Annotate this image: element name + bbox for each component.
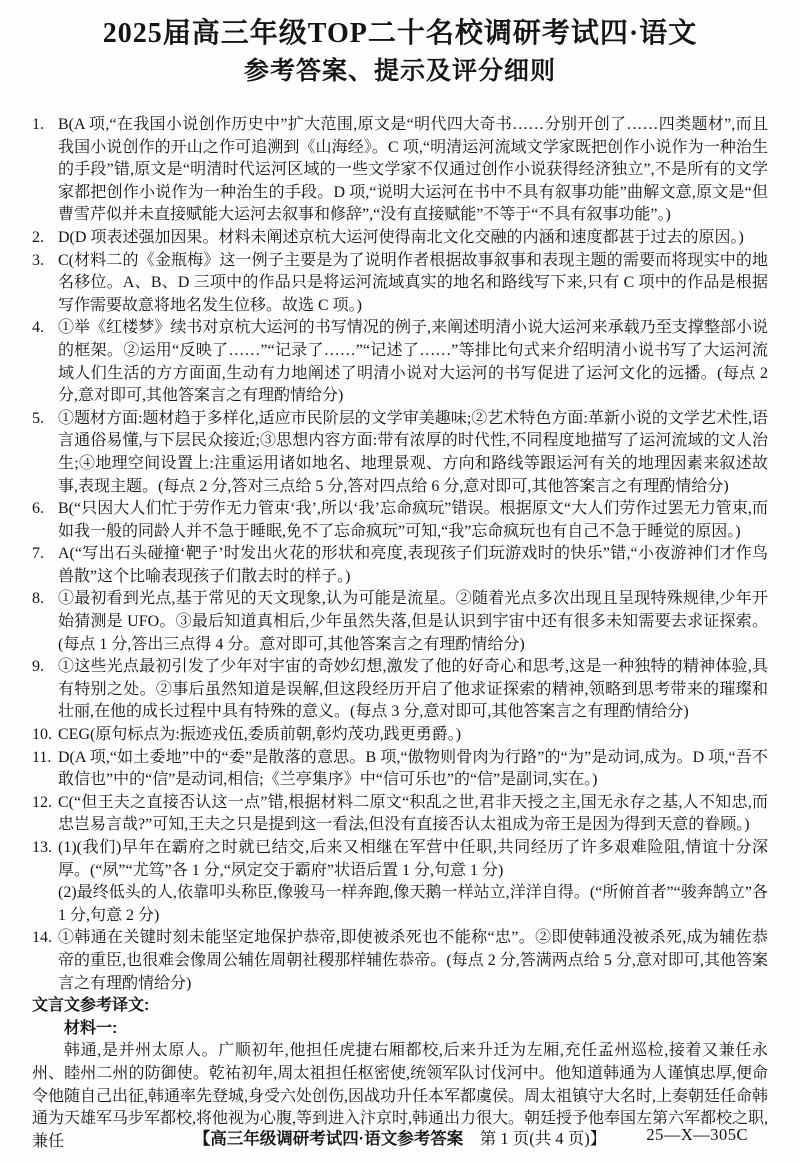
answer-item-2: 2. D(D 项表述强加因果。材料未阐述京杭大运河使得南北文化交融的内涵和速度都…: [32, 227, 768, 250]
answer-number: 12.: [32, 792, 52, 815]
translation-section-heading: 文言文参考译文:: [32, 995, 768, 1018]
answer-text: ①韩通在关键时刻未能坚定地保护恭帝,即使被杀死也不能称“忠”。②即使韩通没被杀死…: [58, 929, 768, 991]
answer-text: ①最初看到光点,基于常见的天文现象,认为可能是流星。②随着光点多次出现且呈现特殊…: [58, 590, 768, 652]
answer-text: C(材料二的《金瓶梅》这一例子主要是为了说明作者根据故事叙事和表现主题的需要而将…: [58, 252, 768, 314]
answer-text: D(D 项表述强加因果。材料未阐述京杭大运河使得南北文化交融的内涵和速度都甚于过…: [58, 229, 744, 246]
answer-item-3: 3. C(材料二的《金瓶梅》这一例子主要是为了说明作者根据故事叙事和表现主题的需…: [32, 250, 768, 318]
answer-item-1: 1. B(A 项,“在我国小说创作历史中”扩大范围,原文是“明代四大奇书……分别…: [32, 114, 768, 227]
title-block: 2025届高三年级TOP二十名校调研考试四·语文 参考答案、提示及评分细则: [0, 0, 800, 88]
page-footer: 【高三年级调研考试四·语文参考答案 第 1 页(共 4 页)】 25—X—305…: [0, 1125, 800, 1149]
answer-item-5: 5. ①题材方面:题材趋于多样化,适应市民阶层的文学审美趣味;②艺术特色方面:革…: [32, 408, 768, 498]
answer-item-10: 10. CEG(原句标点为:振迹戎伍,委质前朝,彰灼茂功,践更勇爵。): [32, 724, 768, 747]
answer-text: D(A 项,“如土委地”中的“委”是散落的意思。B 项,“傲物则骨肉为行路”的“…: [58, 749, 768, 789]
answer-text: A(“写出石头碰撞‘靶子’时发出火花的形状和亮度,表现孩子们玩游戏时的快乐”错,…: [58, 545, 768, 585]
answer-number: 8.: [32, 588, 44, 611]
answer-item-6: 6. B(“只因大人们忙于劳作无力管束‘我’,所以‘我’忘命疯玩”错误。根据原文…: [32, 498, 768, 543]
page-subtitle: 参考答案、提示及评分细则: [0, 56, 800, 88]
answer-number: 11.: [32, 747, 51, 770]
answer-item-7: 7. A(“写出石头碰撞‘靶子’时发出火花的形状和亮度,表现孩子们玩游戏时的快乐…: [32, 543, 768, 588]
footer-code: 25—X—305C: [646, 1125, 748, 1145]
answer-text: C(“但王夫之直接否认这一点”错,根据材料二原文“积乱之世,君非天授之主,国无永…: [58, 794, 768, 834]
answer-number: 10.: [32, 724, 52, 747]
answer-item-9: 9. ①这些光点最初引发了少年对宇宙的奇妙幻想,激发了他的好奇心和思考,这是一种…: [32, 656, 768, 724]
answer-number: 1.: [32, 114, 44, 137]
answer-item-12: 12. C(“但王夫之直接否认这一点”错,根据材料二原文“积乱之世,君非天授之主…: [32, 792, 768, 837]
answer-item-14: 14. ①韩通在关键时刻未能坚定地保护恭帝,即使被杀死也不能称“忠”。②即使韩通…: [32, 927, 768, 995]
answer-text: ①这些光点最初引发了少年对宇宙的奇妙幻想,激发了他的好奇心和思考,这是一种独特的…: [58, 658, 768, 720]
answer-number: 14.: [32, 927, 52, 950]
answer-number: 5.: [32, 408, 44, 431]
footer-caption-bold: 【高三年级调研考试四·语文参考答案: [194, 1130, 464, 1148]
answer-number: 4.: [32, 317, 44, 340]
answer-number: 13.: [32, 837, 52, 860]
answer-number: 2.: [32, 227, 44, 250]
answer-item-13: 13. (1)(我们)早年在霸府之时就已结交,后来又相继在军营中任职,共同经历了…: [32, 837, 768, 927]
answer-text: ①举《红楼梦》续书对京杭大运河的书写情况的例子,来阐述明清小说大运河来承载乃至支…: [58, 319, 768, 404]
answer-text: B(“只因大人们忙于劳作无力管束‘我’,所以‘我’忘命疯玩”错误。根据原文“大人…: [58, 500, 768, 540]
answers-body: 1. B(A 项,“在我国小说创作历史中”扩大范围,原文是“明代四大奇书……分别…: [32, 114, 768, 1153]
answer-number: 6.: [32, 498, 44, 521]
answer-number: 9.: [32, 656, 44, 679]
exam-answer-page: 2025届高三年级TOP二十名校调研考试四·语文 参考答案、提示及评分细则 1.…: [0, 0, 800, 1163]
answer-subpart-2: (2)最终低头的人,依靠叩头称臣,像骏马一样奔跑,像天鹅一样站立,洋洋自得。(“…: [58, 882, 768, 927]
answer-text: B(A 项,“在我国小说创作历史中”扩大范围,原文是“明代四大奇书……分别开创了…: [58, 116, 768, 223]
material-one-label: 材料一:: [32, 1018, 768, 1041]
page-title: 2025届高三年级TOP二十名校调研考试四·语文: [0, 16, 800, 52]
answer-text: CEG(原句标点为:振迹戎伍,委质前朝,彰灼茂功,践更勇爵。): [58, 726, 461, 743]
answer-item-4: 4. ①举《红楼梦》续书对京杭大运河的书写情况的例子,来阐述明清小说大运河来承载…: [32, 317, 768, 407]
answer-item-11: 11. D(A 项,“如土委地”中的“委”是散落的意思。B 项,“傲物则骨肉为行…: [32, 747, 768, 792]
answer-number: 7.: [32, 543, 44, 566]
answer-subpart-1: (1)(我们)早年在霸府之时就已结交,后来又相继在军营中任职,共同经历了许多艰难…: [58, 837, 768, 882]
answer-text: ①题材方面:题材趋于多样化,适应市民阶层的文学审美趣味;②艺术特色方面:革新小说…: [58, 410, 768, 495]
answer-number: 3.: [32, 250, 44, 273]
footer-caption-page: 第 1 页(共 4 页)】: [463, 1129, 606, 1148]
answer-item-8: 8. ①最初看到光点,基于常见的天文现象,认为可能是流星。②随着光点多次出现且呈…: [32, 588, 768, 656]
